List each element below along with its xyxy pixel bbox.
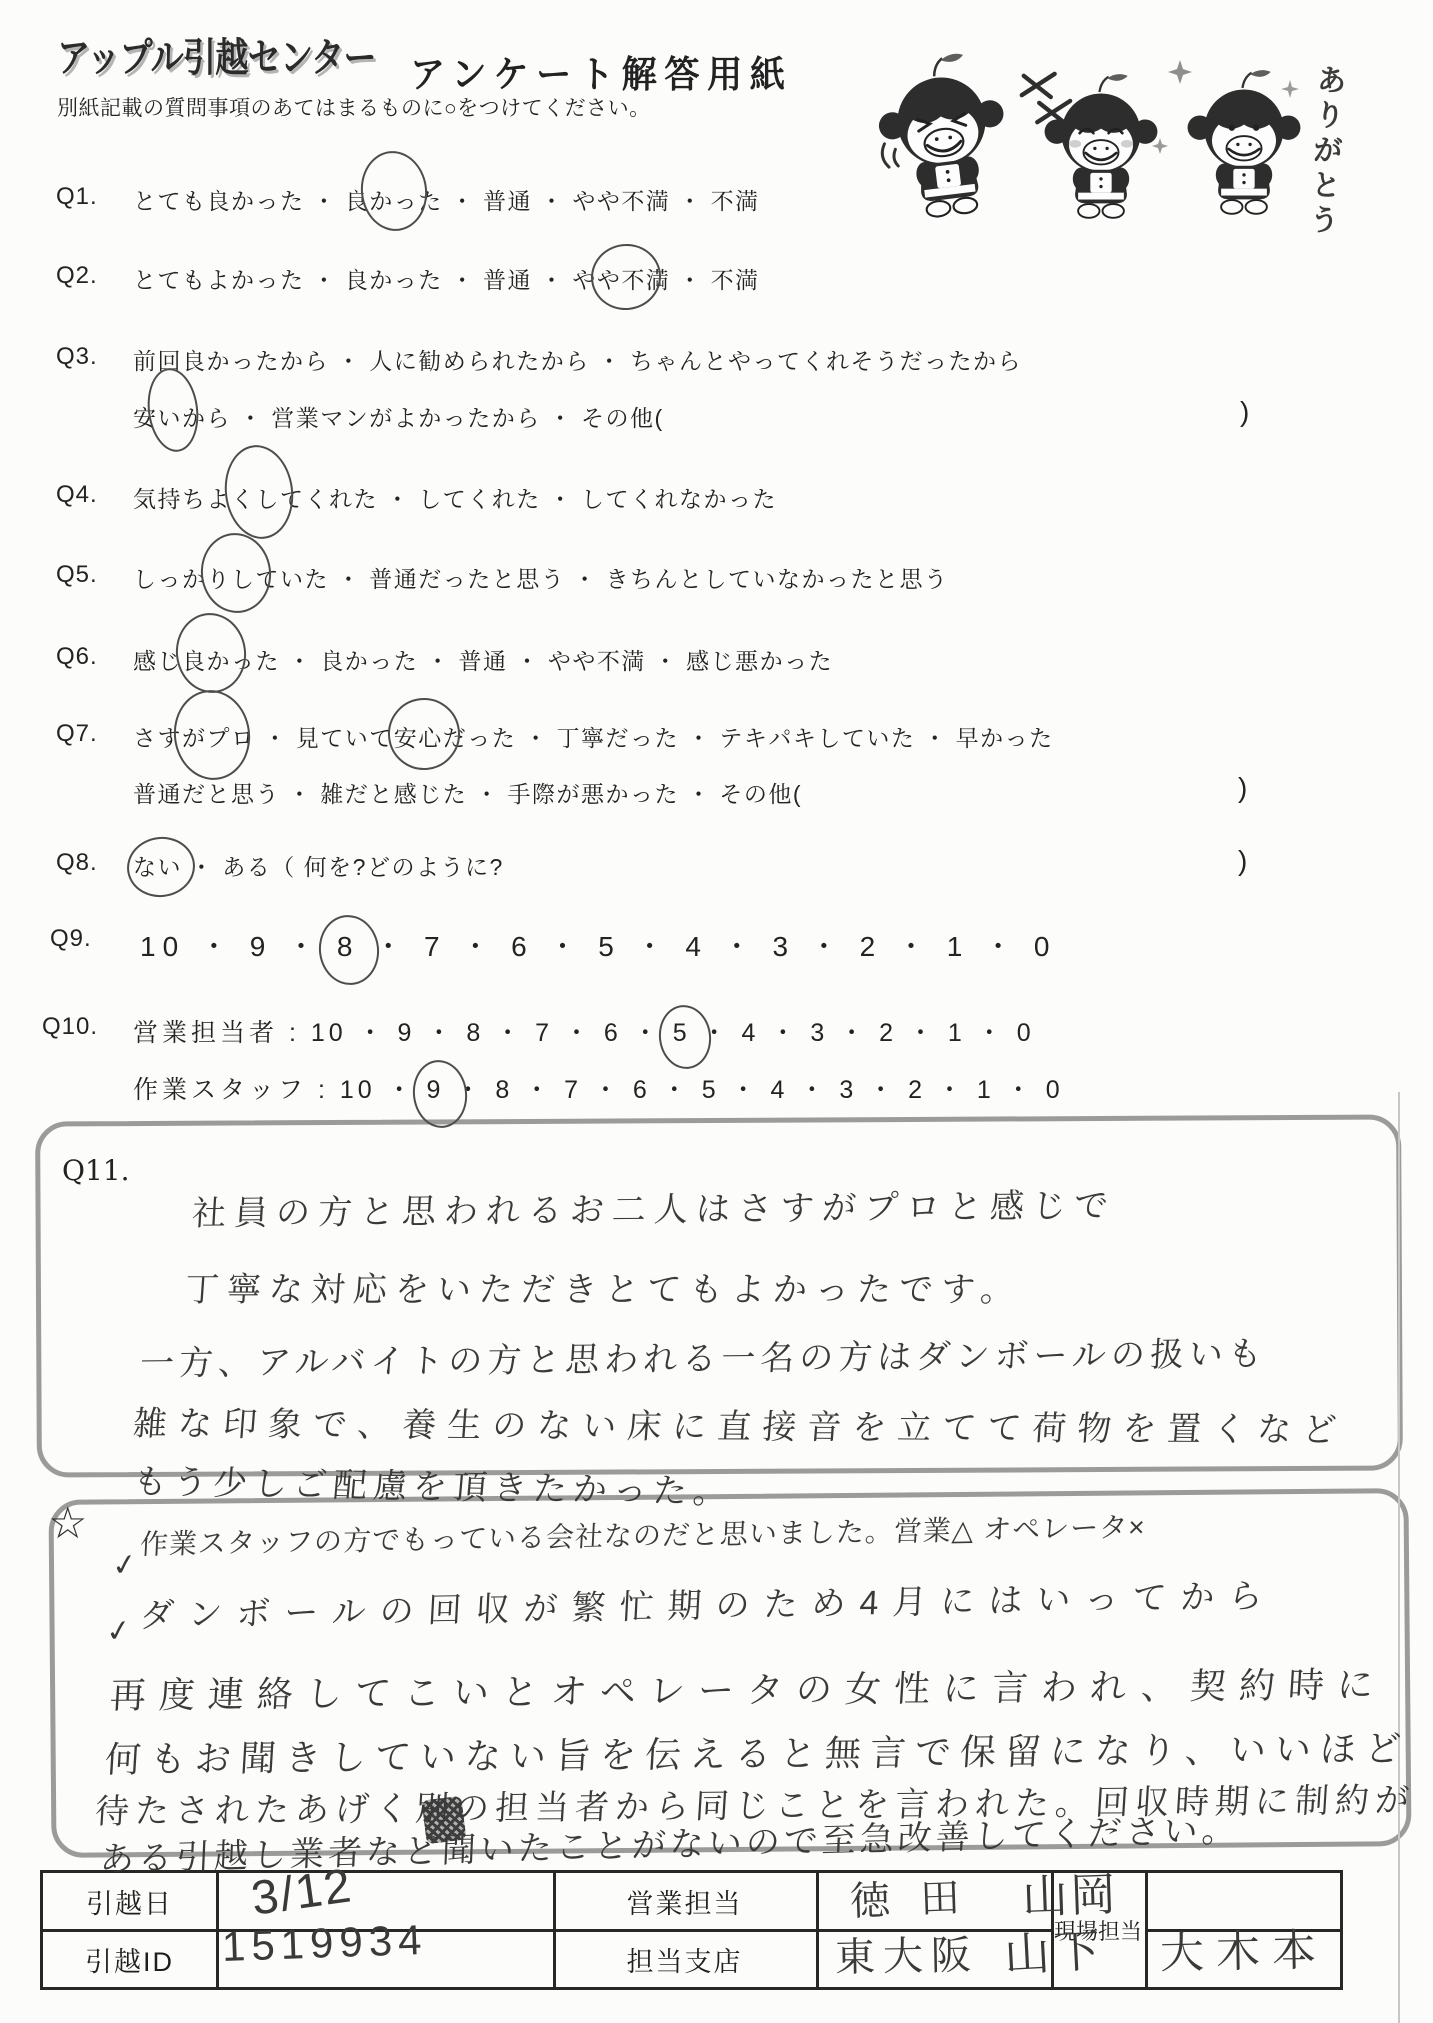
q5-options-line1: しっかりしていた ・ 普通だったと思う ・ きちんとしていなかったと思う [133, 561, 949, 594]
answer-blank-close-paren: ) [1238, 772, 1249, 804]
handwritten-circle-icon [587, 240, 665, 314]
q7-label: Q7. [56, 720, 98, 748]
q4-options-line1: 気持ちよくしてくれた ・ してくれた ・ してくれなかった [133, 481, 777, 514]
site-staff-name-bottom-left: 山下 [1003, 1925, 1106, 1981]
q10-options-line2: 作業スタッフ : 10 ・ 9 ・ 8 ・ 7 ・ 6 ・ 5 ・ 4 ・ 3 … [133, 1070, 1064, 1106]
q2-label: Q2. [56, 262, 98, 290]
q8-circled-answer: ない [133, 849, 182, 882]
q9-options-line1: 10 ・ 9 ・ 8 ・ 7 ・ 6 ・ 5 ・ 4 ・ 3 ・ 2 ・ 1 ・… [140, 925, 1056, 965]
handwritten-circle-icon [171, 609, 250, 697]
handwritten-circle-icon [357, 147, 432, 234]
q4-label: Q4. [56, 481, 98, 509]
q10-options-line1: 営業担当者 : 10 ・ 9 ・ 8 ・ 7 ・ 6 ・ 5 ・ 4 ・ 3 ・… [133, 1013, 1035, 1049]
q3-circled-answer: い [158, 400, 183, 433]
sales-rep-label: 営業担当 [553, 1873, 816, 1929]
branch-value: 東大阪 [835, 1933, 980, 1980]
q2-options-line1: とてもよかった ・ 良かった ・ 普通 ・ やや不満 ・ 不満 [133, 262, 760, 295]
q3-options-line2: 安いから ・ 営業マンがよかったから ・ その他() [133, 400, 664, 433]
q3-options-line1: 前回良かったから ・ 人に勧められたから ・ ちゃんとやってくれそうだったから [133, 343, 1022, 376]
q3-label: Q3. [56, 343, 98, 371]
handwritten-circle-icon [315, 912, 383, 989]
sales-rep-value: 徳田 [849, 1875, 990, 1924]
sparkle-stars-icon [1150, 58, 1320, 158]
q7-circled-answer: 安心 [394, 720, 443, 753]
site-staff-name-bottom-right: 大木本 [1160, 1927, 1329, 1978]
q11-handwritten-line-2: 丁寧な対応をいただきとてもよかったです。 [184, 1272, 1024, 1309]
q5-label: Q5. [56, 561, 98, 589]
monkey-smiling-icon [1040, 66, 1162, 224]
q10-circled-answer: 5 [673, 1019, 691, 1048]
move-id-label: 引越ID [43, 1931, 216, 1987]
site-staff-name-top: 山岡 [1021, 1869, 1119, 1923]
q9-label: Q9. [50, 925, 92, 953]
q6-options-line1: 感じ良かった ・ 良かった ・ 普通 ・ やや不満 ・ 感じ悪かった [133, 643, 833, 676]
q1-label: Q1. [56, 183, 98, 211]
handwritten-circle-icon [124, 833, 199, 901]
answer-blank-close-paren: ) [1238, 845, 1249, 877]
company-title: アップル引越センター [57, 26, 376, 83]
instruction-text: 別紙記載の質問事項のあてはまるものに○をつけてください。 [57, 92, 651, 122]
move-date-label: 引越日 [43, 1873, 216, 1929]
q7-options-line1: さすがプロ ・ 見ていて安心だった ・ 丁寧だった ・ テキパキしていた ・ 早… [133, 720, 1054, 753]
monkey-laughing-icon [859, 43, 1028, 225]
thanks-vertical-text: ありがとう [1297, 63, 1350, 240]
handwritten-circle-icon [196, 529, 275, 617]
answer-blank-close-paren: ) [1240, 396, 1251, 428]
q6-label: Q6. [56, 643, 98, 671]
q1-circled-answer: かっ [369, 183, 418, 216]
checkmark-icon: ✓ [110, 1546, 140, 1584]
q11-label: Q11. [62, 1154, 129, 1187]
q5-circled-answer: りし [207, 561, 256, 594]
q8-options-line1: ない ・ ある（ 何を?どのように?) [133, 849, 504, 882]
handwritten-circle-icon [655, 1002, 714, 1072]
star-mark: ☆ [48, 1498, 87, 1549]
q9-circled-answer: 8 [337, 931, 360, 963]
survey-sheet: アップル引越センター アンケート解答用紙 別紙記載の質問事項のあてはまるものに○… [0, 0, 1433, 2023]
q6-circled-answer: 良か [182, 643, 231, 676]
handwritten-circle-icon [384, 694, 464, 774]
q4-circled-answer: くし [231, 481, 280, 514]
q10-label: Q10. [42, 1013, 98, 1041]
q11-handwritten-line-4: 雑な印象で、養生のない床に直接音を立てて荷物を置くなど [132, 1406, 1349, 1450]
q10-circled-answer: 9 [427, 1076, 445, 1105]
sheet-title: アンケート解答用紙 [410, 44, 793, 98]
q2-circled-answer: や不 [597, 262, 646, 295]
checkmark-icon: ✓ [104, 1612, 134, 1650]
q7-circled-answer: がプ [182, 720, 231, 753]
q1-options-line1: とても良かった ・ 良かった ・ 普通 ・ やや不満 ・ 不満 [133, 183, 760, 216]
branch-label: 担当支店 [553, 1931, 816, 1987]
q8-label: Q8. [56, 849, 98, 877]
q7-options-line2: 普通だと思う ・ 雑だと感じた ・ 手際が悪かった ・ その他() [133, 776, 802, 809]
move-id-value: 1519934 [221, 1917, 428, 1970]
scan-artifact-line [1398, 1092, 1400, 2023]
handwritten-circle-icon [220, 441, 299, 543]
handwritten-circle-icon [169, 686, 255, 785]
handwritten-circle-icon [143, 365, 203, 454]
